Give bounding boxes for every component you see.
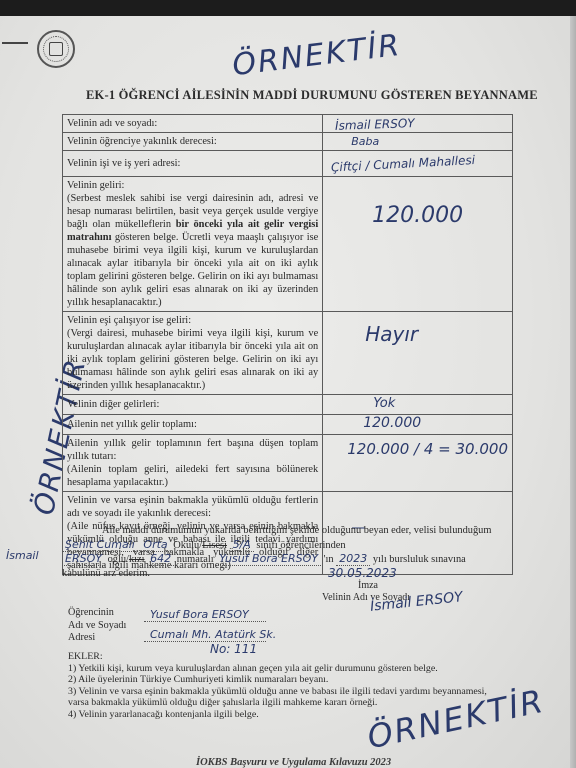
school-name-field[interactable]: Şehit Cumalı bbox=[62, 538, 138, 552]
row-label: Velinin adı ve soyadı: bbox=[63, 115, 323, 133]
attachment-item: 4) Velinin yararlanacağı kontenjanla ilg… bbox=[68, 709, 508, 721]
row-label: Velinin işi ve iş yeri adresi: bbox=[63, 151, 323, 177]
table-row: Velinin geliri: (Serbest meslek sahibi i… bbox=[63, 177, 513, 312]
other-income-value: Yok bbox=[327, 397, 508, 410]
row-label: Ailenin yıllık gelir toplamının fert baş… bbox=[63, 435, 323, 492]
label-text: Ailenin net yıllık gelir toplamı: bbox=[67, 419, 197, 430]
table-row: Velinin öğrenciye yakınlık derecesi: Bab… bbox=[63, 133, 513, 151]
table-row: Ailenin net yıllık gelir toplamı: 120.00… bbox=[63, 415, 513, 435]
attachments-heading: EKLER: bbox=[68, 651, 508, 663]
job-value: Çiftçi / Cumalı Mahallesi bbox=[327, 152, 508, 174]
label-text: Velinin işi ve iş yeri adresi: bbox=[67, 158, 180, 169]
row-value[interactable]: Hayır bbox=[323, 312, 513, 395]
parent-income-value: 120.000 bbox=[327, 209, 508, 222]
label-text: Velinin öğrenciye yakınlık derecesi: bbox=[67, 136, 217, 147]
footer-text: İOKBS Başvuru ve Uygulama Kılavuzu 2023 bbox=[196, 757, 391, 768]
table-row: Velinin diğer gelirleri: Yok bbox=[63, 395, 513, 415]
declaration-table: Velinin adı ve soyadı: İsmail ERSOY Veli… bbox=[62, 114, 513, 575]
attachment-item: 1) Yetkili kişi, kurum veya kuruluşlarda… bbox=[68, 663, 508, 675]
class-field[interactable]: 5/A bbox=[230, 538, 254, 552]
number-label: numaralı bbox=[177, 554, 214, 565]
label-text: Velinin eşi çalışıyor ise geliri: bbox=[67, 314, 318, 327]
exam-label: yılı bursluluk sınavına bbox=[373, 554, 466, 565]
row-value[interactable]: 120.000 bbox=[323, 415, 513, 435]
page-edge-shadow bbox=[570, 16, 576, 768]
label-text: Ailenin yıllık gelir toplamının fert baş… bbox=[67, 437, 318, 463]
table-row: Velinin eşi çalışıyor ise geliri: (Vergi… bbox=[63, 312, 513, 395]
school-type-field[interactable]: Orta bbox=[140, 538, 170, 552]
note-text: (Ailenin toplam geliri, ailedeki fert sa… bbox=[67, 463, 318, 489]
year-field[interactable]: 2023 bbox=[336, 552, 370, 566]
spouse-income-value: Hayır bbox=[327, 328, 508, 341]
row-label: Velinin öğrenciye yakınlık derecesi: bbox=[63, 133, 323, 151]
row-value[interactable]: Çiftçi / Cumalı Mahallesi bbox=[323, 151, 513, 177]
row-value[interactable]: Baba bbox=[323, 133, 513, 151]
signature-label: İmza bbox=[358, 580, 378, 591]
student-address-label: Adresi bbox=[68, 632, 126, 645]
in-label: 'ın bbox=[324, 554, 334, 565]
attachment-item: 2) Aile üyelerinin Türkiye Cumhuriyeti k… bbox=[68, 674, 508, 686]
school-label: Okulu/ bbox=[173, 540, 202, 551]
class-label: sınıfı öğrencilerinden bbox=[256, 540, 345, 551]
label-text: Velinin geliri: bbox=[67, 179, 318, 192]
ministry-seal-icon bbox=[37, 30, 75, 68]
per-capita-value: 120.000 / 4 = 30.000 bbox=[327, 443, 508, 456]
parent-name-value: İsmail ERSOY bbox=[327, 114, 508, 133]
net-income-value: 120.000 bbox=[327, 417, 508, 430]
table-row: Velinin adı ve soyadı: İsmail ERSOY bbox=[63, 115, 513, 133]
attachment-item: 3) Velinin ve varsa eşinin bakmakla yükü… bbox=[68, 686, 508, 709]
label-text: Velinin adı ve soyadı: bbox=[67, 118, 157, 129]
student-name-input[interactable]: Yusuf Bora ERSOY bbox=[144, 608, 266, 622]
declaration-line-3: ERSOY oğlu/kızı 642 numaralı Yusuf Bora … bbox=[62, 552, 514, 567]
student-name-field[interactable]: Yusuf Bora ERSOY bbox=[216, 552, 321, 566]
row-value[interactable]: 120.000 bbox=[323, 177, 513, 312]
child-struck-label: kızı bbox=[129, 554, 145, 565]
seal-emblem-icon bbox=[49, 42, 63, 56]
row-value[interactable]: Yok bbox=[323, 395, 513, 415]
row-value[interactable]: İsmail ERSOY bbox=[323, 115, 513, 133]
margin-name-field: İsmail bbox=[6, 549, 39, 562]
student-name-label: Adı ve Soyadı bbox=[68, 620, 126, 633]
declaration-text: Aile maddi durumumun yukarıda belirttiği… bbox=[62, 524, 514, 580]
table-row: Velinin işi ve iş yeri adresi: Çiftçi / … bbox=[63, 151, 513, 177]
label-text: Velinin ve varsa eşinin bakmakla yükümlü… bbox=[67, 494, 318, 520]
attachments-list: EKLER: 1) Yetkili kişi, kurum veya kurul… bbox=[68, 651, 508, 721]
label-text: Velinin diğer gelirleri: bbox=[67, 399, 159, 410]
table-row: Ailenin yıllık gelir toplamının fert baş… bbox=[63, 435, 513, 492]
date-field[interactable]: 30.05.2023 bbox=[328, 566, 397, 580]
row-label: Velinin geliri: (Serbest meslek sahibi i… bbox=[63, 177, 323, 312]
student-number-field[interactable]: 642 bbox=[147, 552, 174, 566]
school-struck-label: Lisesi bbox=[202, 540, 227, 551]
student-address-input[interactable]: Cumalı Mh. Atatürk Sk. bbox=[144, 628, 266, 642]
declaration-line-2: Şehit Cumalı Orta Okulu/Lisesi 5/A sınıf… bbox=[62, 538, 514, 553]
row-label: Ailenin net yıllık gelir toplamı: bbox=[63, 415, 323, 435]
child-label: oğlu/ bbox=[108, 554, 129, 565]
relation-value: Baba bbox=[327, 135, 508, 148]
parent-surname-field[interactable]: ERSOY bbox=[62, 552, 105, 566]
note-text: gösteren belge. Ücretli veya maaşlı çalı… bbox=[67, 232, 318, 308]
row-label: Velinin eşi çalışıyor ise geliri: (Vergi… bbox=[63, 312, 323, 395]
note-text: (Vergi dairesi, muhasebe birimi veya ilg… bbox=[67, 327, 318, 392]
document-title: EK-1 ÖĞRENCİ AİLESİNİN MADDİ DURUMUNU GÖ… bbox=[86, 88, 538, 103]
row-value[interactable]: 120.000 / 4 = 30.000 bbox=[323, 435, 513, 492]
student-info-labels: Öğrencinin Adı ve Soyadı Adresi bbox=[68, 607, 126, 645]
student-label: Öğrencinin bbox=[68, 607, 126, 620]
photo-top-edge bbox=[0, 0, 576, 16]
declaration-line-1: Aile maddi durumumun yukarıda belirttiği… bbox=[62, 524, 514, 538]
margin-mark bbox=[2, 42, 28, 44]
declaration-closing: kabulünü arz ederim. bbox=[62, 567, 514, 581]
row-label: Velinin diğer gelirleri: bbox=[63, 395, 323, 415]
